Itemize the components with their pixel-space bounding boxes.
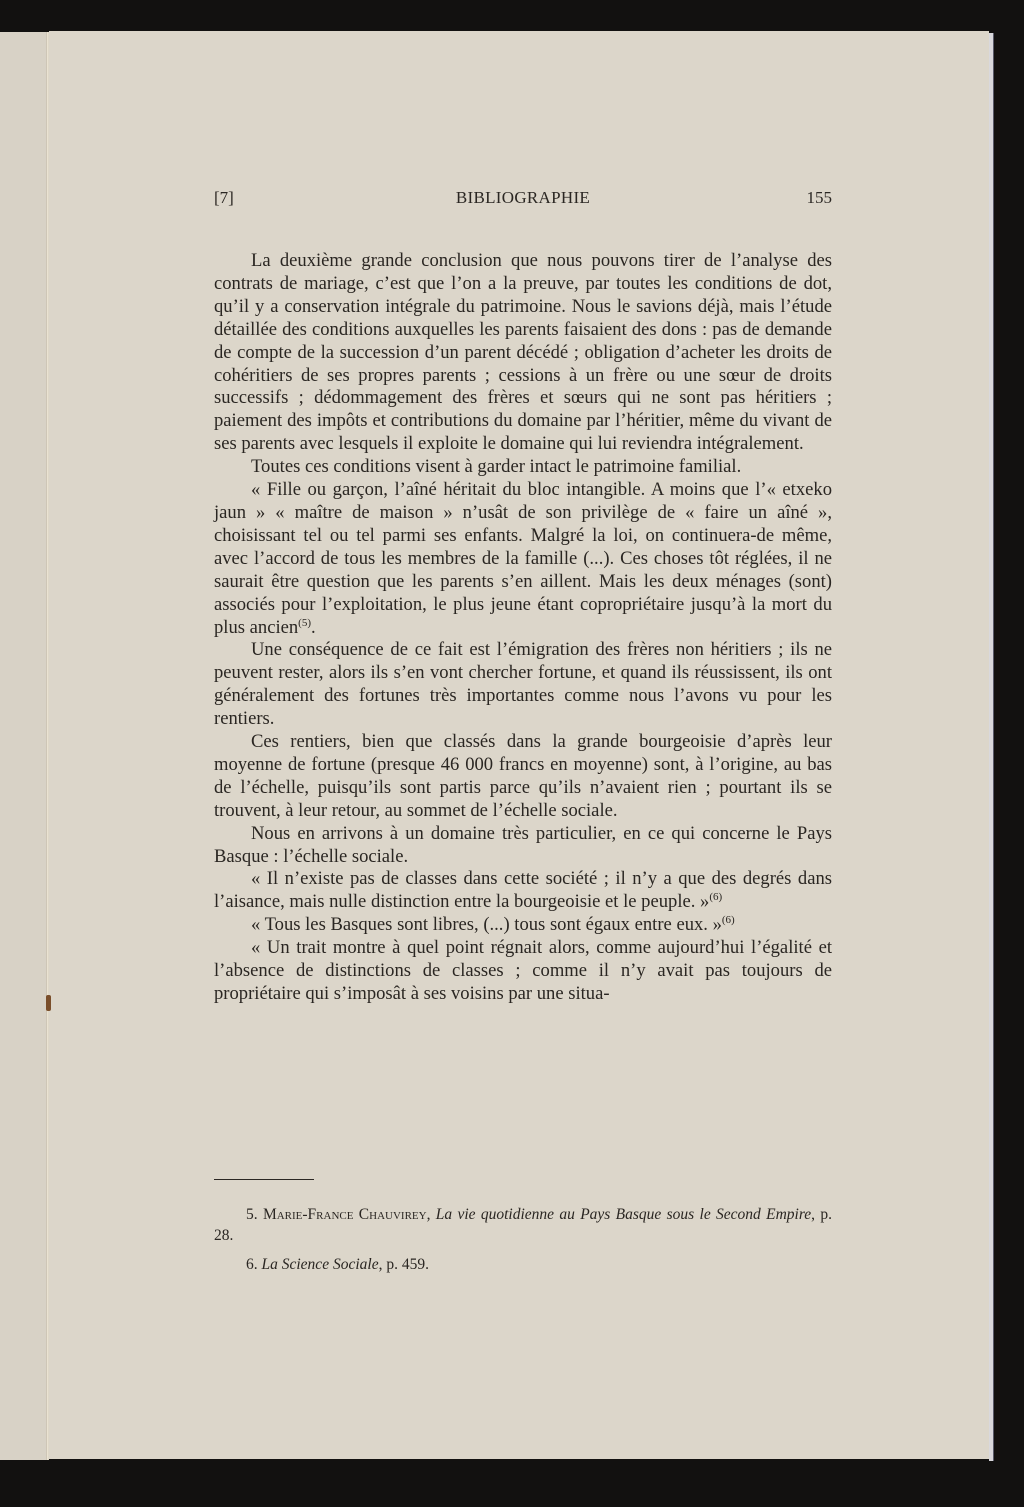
paragraph-text: « Il n’existe pas de classes dans cette … xyxy=(214,868,832,912)
paragraph: « Il n’existe pas de classes dans cette … xyxy=(214,868,832,914)
paper-stain xyxy=(46,995,51,1011)
footnote-number: 6. xyxy=(246,1256,258,1273)
footnote-ref[interactable]: (6) xyxy=(722,914,735,926)
footnote-6: 6. La Science Sociale, p. 459. xyxy=(214,1255,832,1276)
running-head: [7] BIBLIOGRAPHIE 155 xyxy=(214,188,832,212)
paragraph: « Un trait montre à quel point régnait a… xyxy=(214,937,832,1006)
facing-page-edge xyxy=(0,32,47,1460)
footnote-author: Marie-France Chauvirey xyxy=(263,1206,427,1223)
footnote-divider xyxy=(214,1179,314,1180)
paragraph: La deuxième grande conclusion que nous p… xyxy=(214,250,832,456)
running-title: BIBLIOGRAPHIE xyxy=(214,188,832,208)
footnotes: 5. Marie-France Chauvirey, La vie quotid… xyxy=(214,1205,832,1285)
body-text: La deuxième grande conclusion que nous p… xyxy=(214,250,832,1006)
paragraph: Une conséquence de ce fait est l’émigrat… xyxy=(214,639,832,731)
punctuation: . xyxy=(311,617,316,638)
paragraph: Ces rentiers, bien que classés dans la g… xyxy=(214,731,832,823)
page-number: 155 xyxy=(807,188,833,208)
paragraph: Toutes ces conditions visent à garder in… xyxy=(214,456,832,479)
paragraph: « Tous les Basques sont libres, (...) to… xyxy=(214,914,832,937)
paragraph: Nous en arrivons à un domaine très parti… xyxy=(214,823,832,869)
footnote-title: La Science Sociale xyxy=(262,1256,379,1273)
footnote-title: La vie quotidienne au Pays Basque sous l… xyxy=(436,1206,811,1223)
paragraph-text: « Fille ou garçon, l’aîné héritait du bl… xyxy=(214,479,832,637)
footnote-5: 5. Marie-France Chauvirey, La vie quotid… xyxy=(214,1205,832,1246)
footnote-number: 5. xyxy=(246,1206,258,1223)
paragraph: « Fille ou garçon, l’aîné héritait du bl… xyxy=(214,479,832,639)
footnote-pages: , p. 459. xyxy=(379,1256,429,1273)
footnote-ref[interactable]: (6) xyxy=(709,891,722,903)
footnote-ref[interactable]: (5) xyxy=(298,617,311,629)
page-edge xyxy=(989,33,994,1461)
paragraph-text: « Tous les Basques sont libres, (...) to… xyxy=(251,914,722,935)
